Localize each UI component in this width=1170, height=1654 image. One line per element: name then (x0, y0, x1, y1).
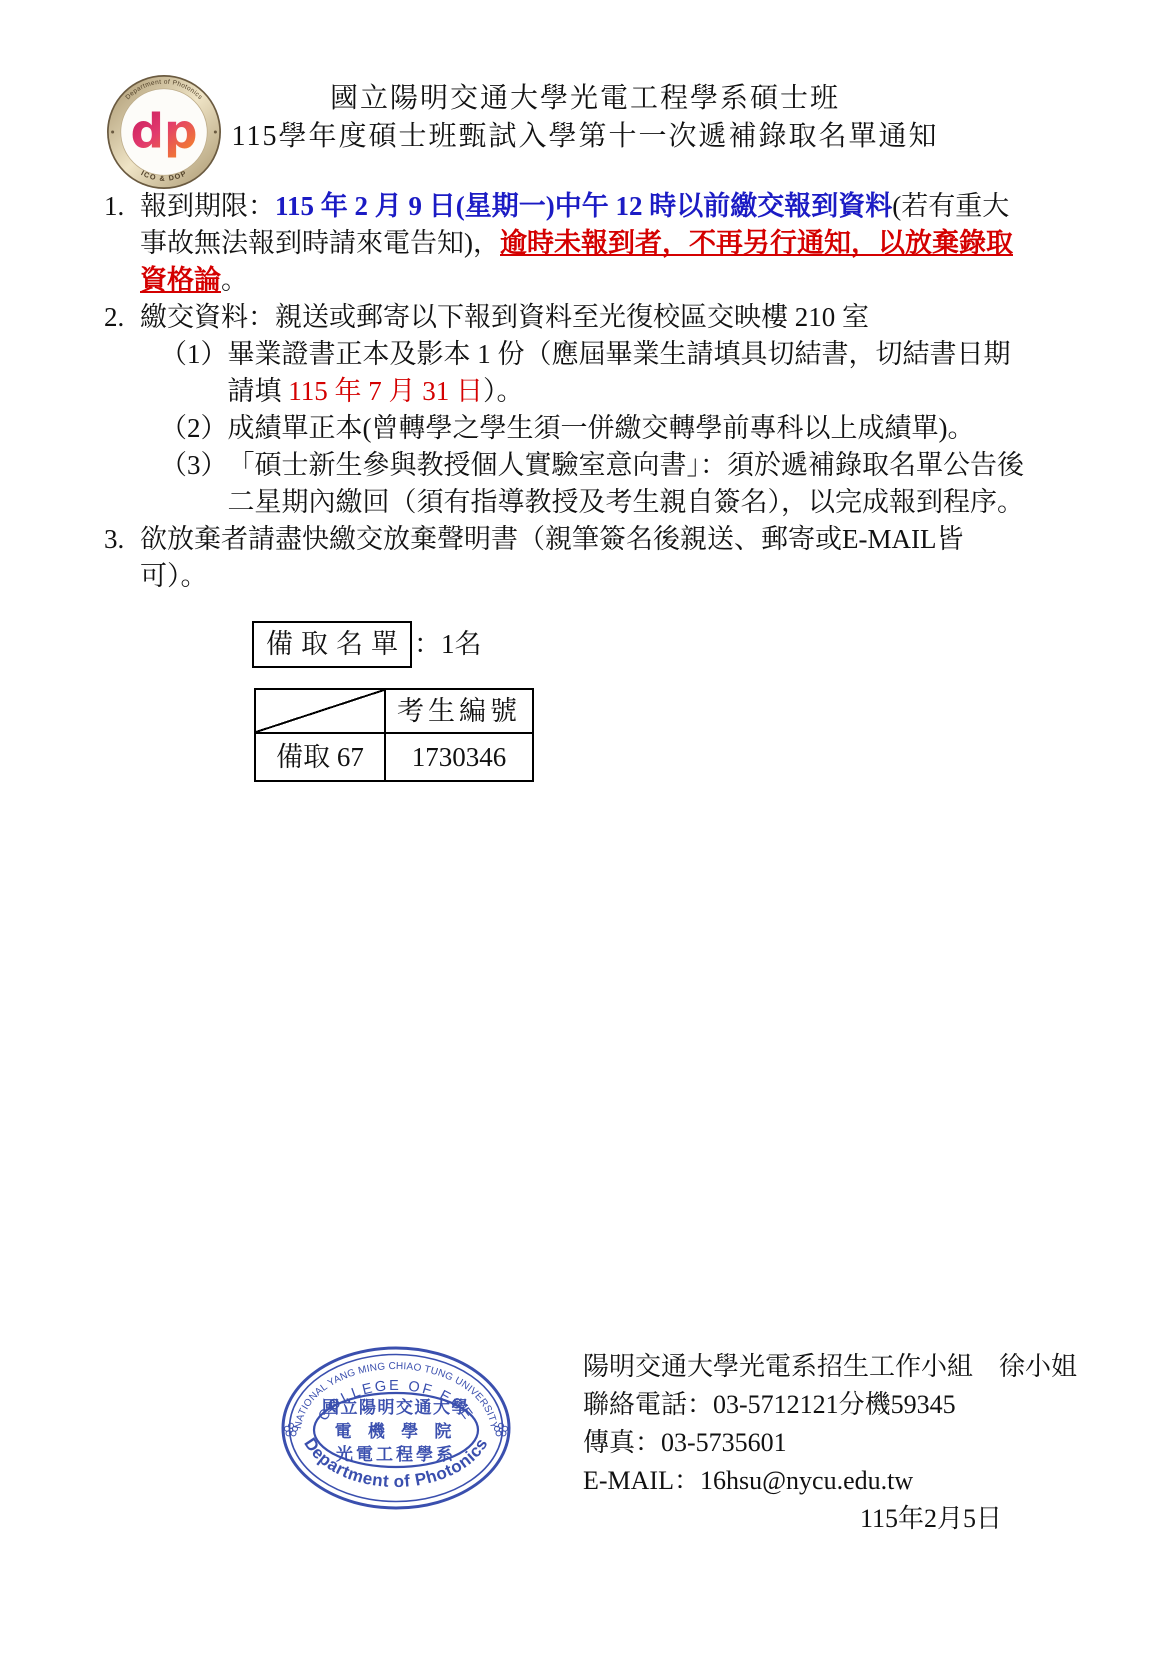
sub2-number: （2） (160, 410, 228, 447)
stamp-line1: 國立陽明交通大學 (322, 1397, 470, 1417)
page-title-line2: 115學年度碩士班甄試入學第十一次遞補錄取名單通知 (0, 118, 1170, 156)
sub1-post: ）。 (483, 376, 524, 406)
notice-subitem-3: （3） 「碩士新生參與教授個人實驗室意向書」：須於遞補錄取名單公告後二星期內繳回… (160, 447, 1026, 521)
waitlist-rank-cell: 備取 67 (255, 733, 385, 781)
item1-end: 。 (221, 265, 248, 295)
item1-pre: 報到期限： (140, 191, 275, 221)
stamp-graphic: NATIONAL YANG MING CHIAO TUNG UNIVERSITY… (279, 1344, 513, 1512)
waitlist-count: ：1名 (414, 629, 482, 659)
waitlist-label-box: 備取名單 (252, 621, 412, 668)
sub1-date: 115 年 7 月 31 日 (288, 376, 483, 406)
sub3-text: 「碩士新生參與教授個人實驗室意向書」：須於遞補錄取名單公告後二星期內繳回（須有指… (228, 447, 1027, 521)
diagonal-empty-cell (255, 689, 385, 733)
column-header-candidate-id: 考生編號 (385, 689, 533, 733)
waitlist-table: 考生編號 備取 67 1730346 (254, 688, 534, 782)
document-date: 115年2月5日 (583, 1500, 1077, 1538)
item3-text: 欲放棄者請盡快繳交放棄聲明書（親筆簽名後親送、郵寄或E-MAIL皆可）。 (140, 521, 1026, 595)
document-header: 國立陽明交通大學光電工程學系碩士班 115學年度碩士班甄試入學第十一次遞補錄取名… (0, 80, 1170, 156)
notice-body: 1. 報到期限：115 年 2 月 9 日(星期一)中午 12 時以前繳交報到資… (104, 188, 1026, 782)
item1-deadline: 115 年 2 月 9 日(星期一)中午 12 時以前繳交報到資料 (275, 191, 892, 221)
sub1-number: （1） (160, 336, 228, 410)
notice-item-1: 1. 報到期限：115 年 2 月 9 日(星期一)中午 12 時以前繳交報到資… (104, 188, 1026, 299)
contact-phone: 聯絡電話：03-5712121分機59345 (583, 1386, 1077, 1424)
sub3-number: （3） (160, 447, 228, 521)
notice-item-2: 2. 繳交資料：親送或郵寄以下報到資料至光復校區交映樓 210 室 (104, 299, 1026, 336)
notice-subitem-1: （1） 畢業證書正本及影本 1 份（應屆畢業生請填具切結書，切結書日期請填 11… (160, 336, 1026, 410)
contact-fax: 傳真：03-5735601 (583, 1424, 1077, 1462)
notice-subitem-2: （2） 成績單正本(曾轉學之學生須一併繳交轉學前專科以上成績單)。 (160, 410, 1026, 447)
waitlist-heading: 備取名單：1名 (252, 621, 1026, 665)
department-stamp: NATIONAL YANG MING CHIAO TUNG UNIVERSITY… (279, 1344, 513, 1512)
sub1-text: 畢業證書正本及影本 1 份（應屆畢業生請填具切結書，切結書日期請填 115 年 … (228, 336, 1027, 410)
item2-text: 繳交資料：親送或郵寄以下報到資料至光復校區交映樓 210 室 (140, 299, 1026, 336)
item1-number: 1. (104, 188, 140, 299)
table-header-row: 考生編號 (255, 689, 533, 733)
notice-item-3: 3. 欲放棄者請盡快繳交放棄聲明書（親筆簽名後親送、郵寄或E-MAIL皆可）。 (104, 521, 1026, 595)
table-row: 備取 67 1730346 (255, 733, 533, 781)
item2-number: 2. (104, 299, 140, 336)
sub2-text: 成績單正本(曾轉學之學生須一併繳交轉學前專科以上成績單)。 (228, 410, 1027, 447)
page-title-line1: 國立陽明交通大學光電工程學系碩士班 (0, 80, 1170, 118)
contact-team: 陽明交通大學光電系招生工作小組 徐小姐 (583, 1348, 1077, 1386)
stamp-line3: 光電工程學系 (336, 1444, 456, 1464)
item1-text: 報到期限：115 年 2 月 9 日(星期一)中午 12 時以前繳交報到資料(若… (140, 188, 1026, 299)
document-page: Department of Photonics ICO & DOP dp 國立陽… (0, 0, 1170, 1654)
contact-block: 陽明交通大學光電系招生工作小組 徐小姐 聯絡電話：03-5712121分機593… (583, 1348, 1077, 1538)
item3-number: 3. (104, 521, 140, 595)
stamp-line2: 電 機 學 院 (335, 1421, 458, 1441)
contact-email: E-MAIL：16hsu@nycu.edu.tw (583, 1462, 1077, 1500)
candidate-id-cell: 1730346 (385, 733, 533, 781)
